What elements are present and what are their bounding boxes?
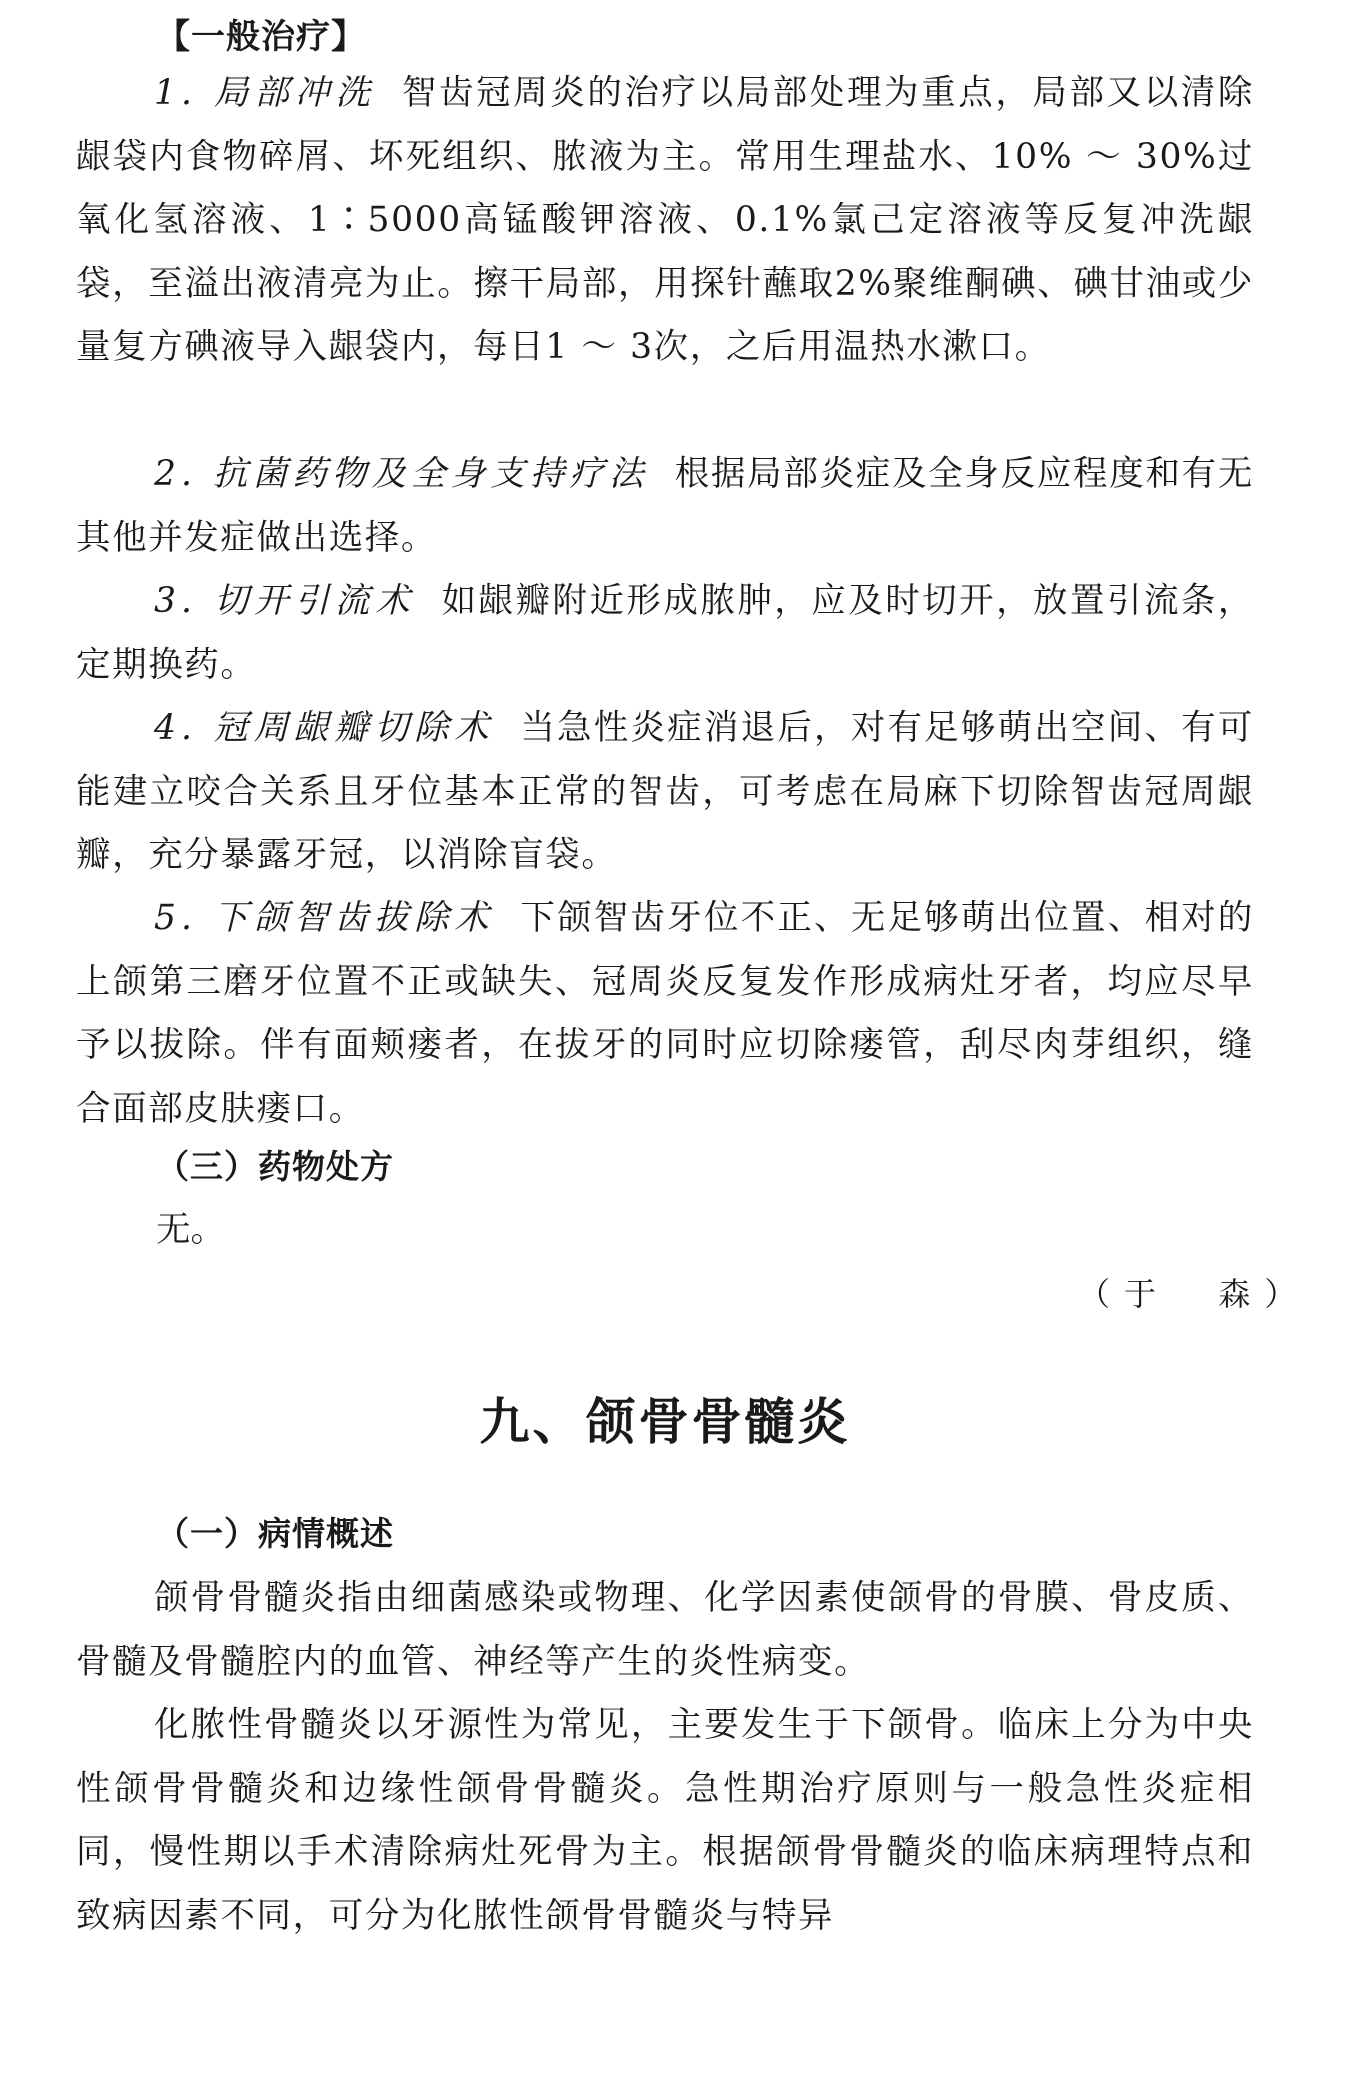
treatment-item-lead: 1. 局部冲洗 bbox=[154, 73, 376, 113]
treatment-item-text: 智齿冠周炎的治疗以局部处理为重点，局部又以清除龈袋内食物碎屑、坏死组织、脓液为主… bbox=[76, 73, 1254, 367]
prescription-text: 无。 bbox=[156, 1208, 225, 1252]
treatment-item-lead: 5. 下颌智齿拔除术 bbox=[154, 898, 494, 938]
chapter-title: 九、颌骨骨髓炎 bbox=[76, 1390, 1254, 1454]
overview-paragraph-1: 颌骨骨髓炎指由细菌感染或物理、化学因素使颌骨的骨膜、骨皮质、骨髓及骨髓腔内的血管… bbox=[76, 1567, 1254, 1694]
treatment-item-3: 3. 切开引流术如龈瓣附近形成脓肿，应及时切开，放置引流条，定期换药。 bbox=[76, 570, 1254, 697]
treatment-item-1: 1. 局部冲洗智齿冠周炎的治疗以局部处理为重点，局部又以清除龈袋内食物碎屑、坏死… bbox=[76, 62, 1254, 380]
author-signature: （于 森） bbox=[1078, 1272, 1310, 1316]
treatment-item-lead: 3. 切开引流术 bbox=[154, 581, 416, 621]
overview-paragraph-2: 化脓性骨髓炎以牙源性为常见，主要发生于下颌骨。临床上分为中央性颌骨骨髓炎和边缘性… bbox=[76, 1694, 1254, 1948]
section-heading-prescription: （三）药物处方 bbox=[156, 1145, 394, 1189]
treatment-item-5: 5. 下颌智齿拔除术下颌智齿牙位不正、无足够萌出位置、相对的上颌第三磨牙位置不正… bbox=[76, 887, 1254, 1141]
section-heading-overview: （一）病情概述 bbox=[156, 1512, 394, 1556]
treatment-item-4: 4. 冠周龈瓣切除术当急性炎症消退后，对有足够萌出空间、有可能建立咬合关系且牙位… bbox=[76, 697, 1254, 888]
treatment-item-lead: 4. 冠周龈瓣切除术 bbox=[154, 708, 494, 748]
section-heading-general-treatment: 【一般治疗】 bbox=[156, 14, 366, 60]
treatment-item-lead: 2. 抗菌药物及全身支持疗法 bbox=[154, 454, 649, 494]
treatment-item-2: 2. 抗菌药物及全身支持疗法根据局部炎症及全身反应程度和有无其他并发症做出选择。 bbox=[76, 443, 1254, 570]
